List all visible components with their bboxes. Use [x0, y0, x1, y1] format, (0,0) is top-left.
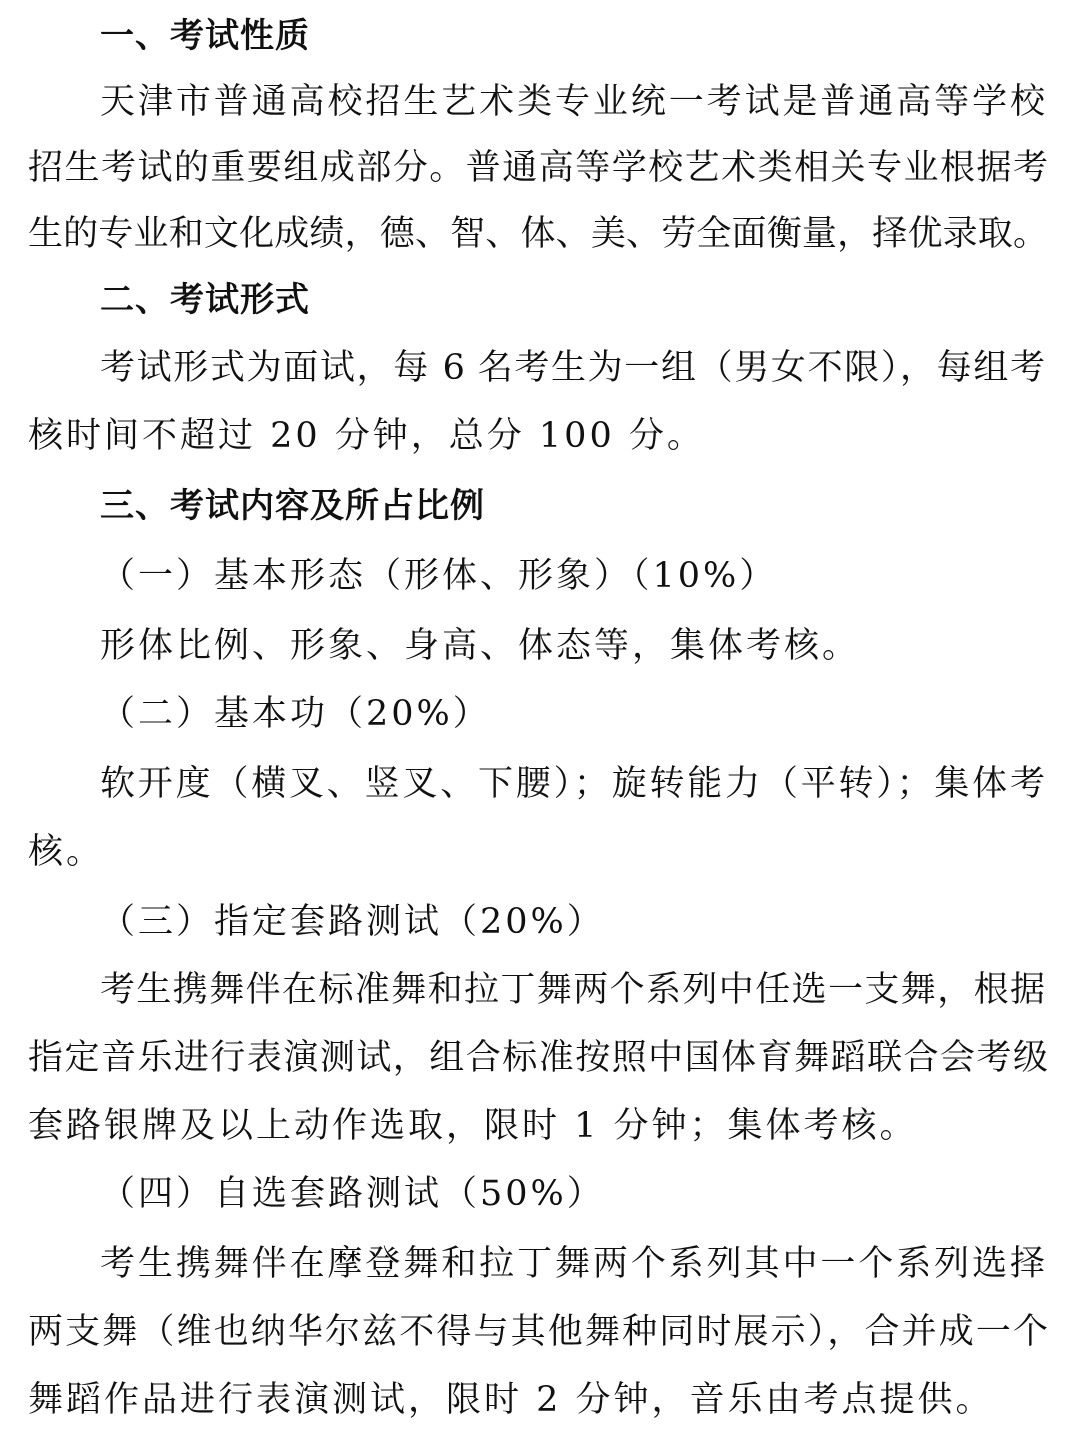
paragraph-line: 软开度（横叉、竖叉、下腰）；旋转能力（平转）；集体考: [100, 762, 1045, 806]
paragraph-line: 考生携舞伴在标准舞和拉丁舞两个系列中任选一支舞，根据: [100, 968, 1045, 1012]
section-heading-content: 三、考试内容及所占比例: [100, 484, 485, 528]
paragraph-line: 生的专业和文化成绩，德、智、体、美、劳全面衡量，择优录取。: [28, 212, 1048, 256]
subsection-title-set-routine: （三）指定套路测试（20%）: [100, 900, 605, 944]
paragraph-line: 考试形式为面试，每 6 名考生为一组（男女不限），每组考: [100, 346, 1045, 390]
subsection-title-free-routine: （四）自选套路测试（50%）: [100, 1172, 605, 1216]
paragraph-line: 核。: [28, 830, 104, 874]
paragraph-line: 招生考试的重要组成部分。普通高等学校艺术类相关专业根据考: [28, 146, 1048, 190]
paragraph-line: 天津市普通高校招生艺术类专业统一考试是普通高等学校: [100, 80, 1045, 124]
paragraph-line: 核时间不超过 20 分钟，总分 100 分。: [28, 414, 705, 458]
section-heading-nature: 一、考试性质: [100, 14, 310, 58]
subsection-title-basic-skills: （二）基本功（20%）: [100, 692, 491, 736]
paragraph-line: 考生携舞伴在摩登舞和拉丁舞两个系列其中一个系列选择: [100, 1242, 1045, 1286]
paragraph-line: 形体比例、形象、身高、体态等，集体考核。: [100, 624, 860, 668]
section-heading-format: 二、考试形式: [100, 278, 310, 322]
paragraph-line: 舞蹈作品进行表演测试，限时 2 分钟，音乐由考点提供。: [28, 1378, 994, 1422]
subsection-title-basic-form: （一）基本形态（形体、形象）（10%）: [100, 554, 777, 598]
paragraph-line: 两支舞（维也纳华尔兹不得与其他舞种同时展示），合并成一个: [28, 1310, 1048, 1354]
paragraph-line: 指定音乐进行表演测试，组合标准按照中国体育舞蹈联合会考级: [28, 1036, 1048, 1080]
paragraph-line: 套路银牌及以上动作选取，限时 1 分钟；集体考核。: [28, 1104, 918, 1148]
